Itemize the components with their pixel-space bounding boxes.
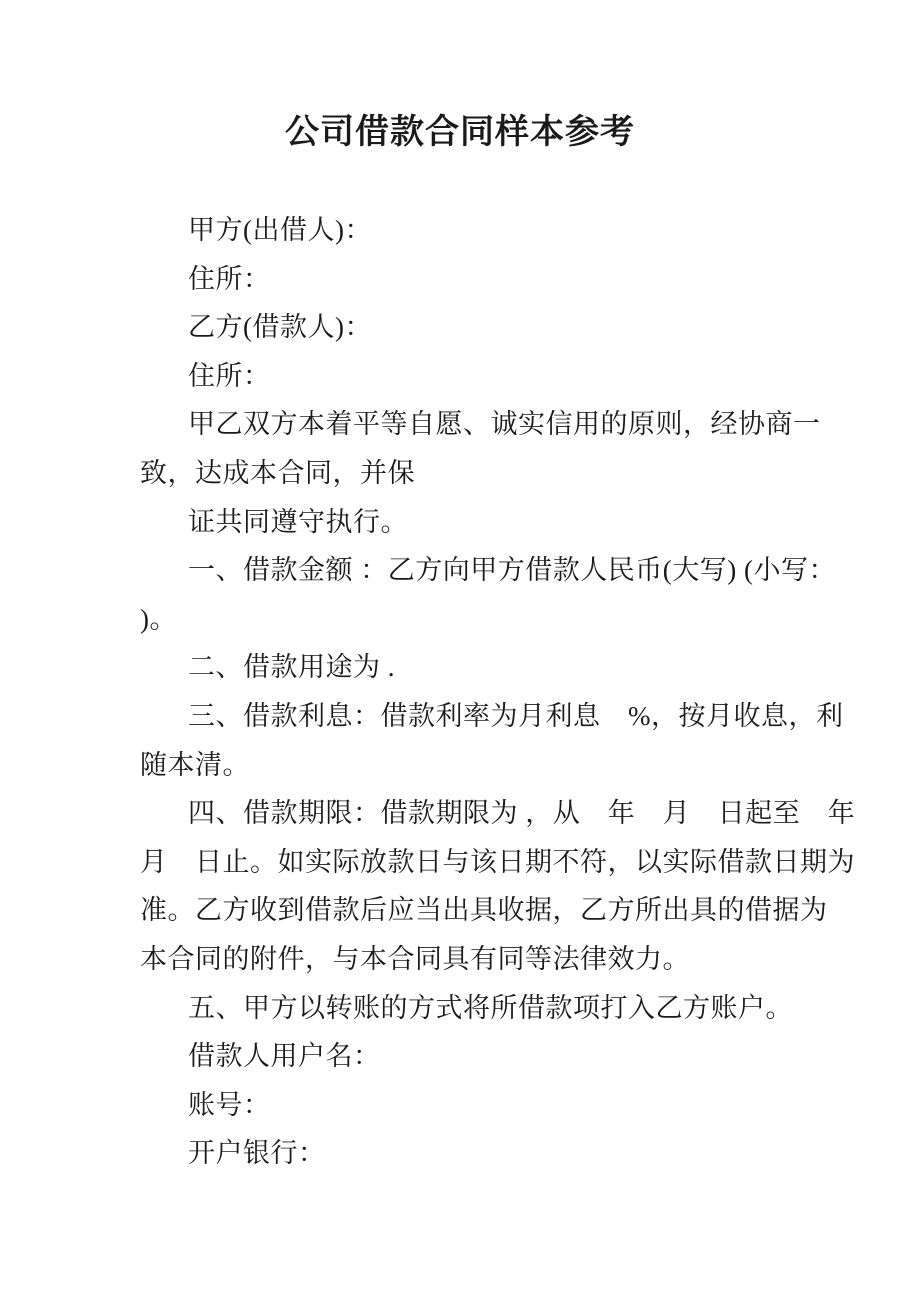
- text-line: 四、借款期限：借款期限为 ，从 年 月 日起至 年: [140, 789, 830, 838]
- text-line: 甲方(出借人)：: [140, 206, 830, 255]
- text-line: 开户银行：: [140, 1129, 830, 1178]
- text-line: 随本清。: [140, 741, 830, 790]
- text-line: 证共同遵守执行。: [140, 498, 830, 547]
- text-line: 借款人用户名：: [140, 1032, 830, 1081]
- text-line: 五、甲方以转账的方式将所借款项打入乙方账户。: [140, 984, 830, 1033]
- document-page: 公司借款合同样本参考 甲方(出借人)： 住所： 乙方(借款人)： 住所： 甲乙双…: [0, 0, 920, 1302]
- text-line: 一、借款金额 ：乙方向甲方借款人民币(大写) (小写：: [140, 546, 830, 595]
- text-line: 致，达成本合同，并保: [140, 449, 830, 498]
- text-line: 甲乙双方本着平等自愿、诚实信用的原则，经协商一: [140, 400, 830, 449]
- text-line: 乙方(借款人)：: [140, 303, 830, 352]
- text-line: 住所：: [140, 255, 830, 304]
- text-line: 准。乙方收到借款后应当出具收据，乙方所出具的借据为: [140, 886, 830, 935]
- text-line: 月 日止。如实际放款日与该日期不符，以实际借款日期为: [140, 838, 830, 887]
- text-line: )。: [140, 595, 830, 644]
- text-line: 三、借款利息：借款利率为月利息 %，按月收息，利: [140, 692, 830, 741]
- document-body: 甲方(出借人)： 住所： 乙方(借款人)： 住所： 甲乙双方本着平等自愿、诚实信…: [140, 206, 830, 1178]
- text-line: 二、借款用途为 .: [140, 643, 830, 692]
- document-title: 公司借款合同样本参考: [0, 110, 920, 156]
- text-line: 住所：: [140, 352, 830, 401]
- text-line: 账号：: [140, 1081, 830, 1130]
- text-line: 本合同的附件，与本合同具有同等法律效力。: [140, 935, 830, 984]
